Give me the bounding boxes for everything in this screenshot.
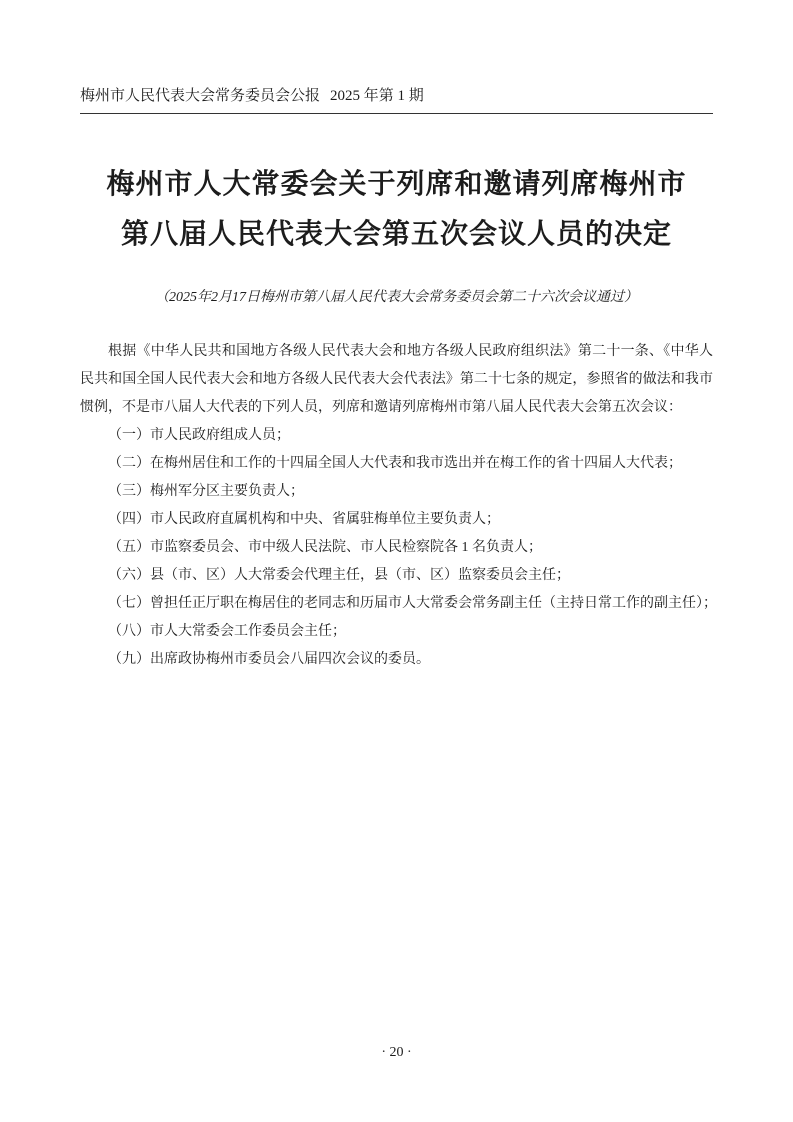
page-footer: · 20 · (0, 1045, 793, 1061)
document-subtitle: （2025年2月17日梅州市第八届人民代表大会常务委员会第二十六次会议通过） (80, 288, 713, 308)
opening-paragraph: 根据《中华人民共和国地方各级人民代表大会和地方各级人民政府组织法》第二十一条、《… (80, 338, 713, 422)
decision-item-2: （二）在梅州居住和工作的十四届全国人大代表和我市选出并在梅工作的省十四届人大代表… (80, 450, 713, 478)
decision-item-5: （五）市监察委员会、市中级人民法院、市人民检察院各 1 名负责人； (80, 534, 713, 562)
decision-item-9: （九）出席政协梅州市委员会八届四次会议的委员。 (80, 646, 713, 674)
decision-item-3: （三）梅州军分区主要负责人； (80, 478, 713, 506)
journal-title: 梅州市人民代表大会常务委员会公报 (80, 88, 320, 104)
decision-items-list: （一）市人民政府组成人员； （二）在梅州居住和工作的十四届全国人大代表和我市选出… (80, 422, 713, 674)
journal-issue: 2025 年第 1 期 (330, 88, 424, 104)
decision-item-6: （六）县（市、区）人大常委会代理主任，县（市、区）监察委员会主任； (80, 562, 713, 590)
document-page: 梅州市人民代表大会常务委员会公报2025 年第 1 期 梅州市人大常委会关于列席… (0, 0, 793, 1122)
document-title-line1: 梅州市人大常委会关于列席和邀请列席梅州市 (80, 160, 713, 210)
decision-item-7: （七）曾担任正厅职在梅居住的老同志和历届市人大常委会常务副主任（主持日常工作的副… (80, 590, 713, 618)
decision-item-4: （四）市人民政府直属机构和中央、省属驻梅单位主要负责人； (80, 506, 713, 534)
document-title: 梅州市人大常委会关于列席和邀请列席梅州市 第八届人民代表大会第五次会议人员的决定 (80, 160, 713, 260)
decision-item-8: （八）市人大常委会工作委员会主任； (80, 618, 713, 646)
decision-item-1: （一）市人民政府组成人员； (80, 422, 713, 450)
document-title-line2: 第八届人民代表大会第五次会议人员的决定 (80, 210, 713, 260)
header-divider (80, 113, 713, 114)
page-number: · 20 · (381, 1045, 411, 1060)
page-header: 梅州市人民代表大会常务委员会公报2025 年第 1 期 (80, 86, 713, 106)
